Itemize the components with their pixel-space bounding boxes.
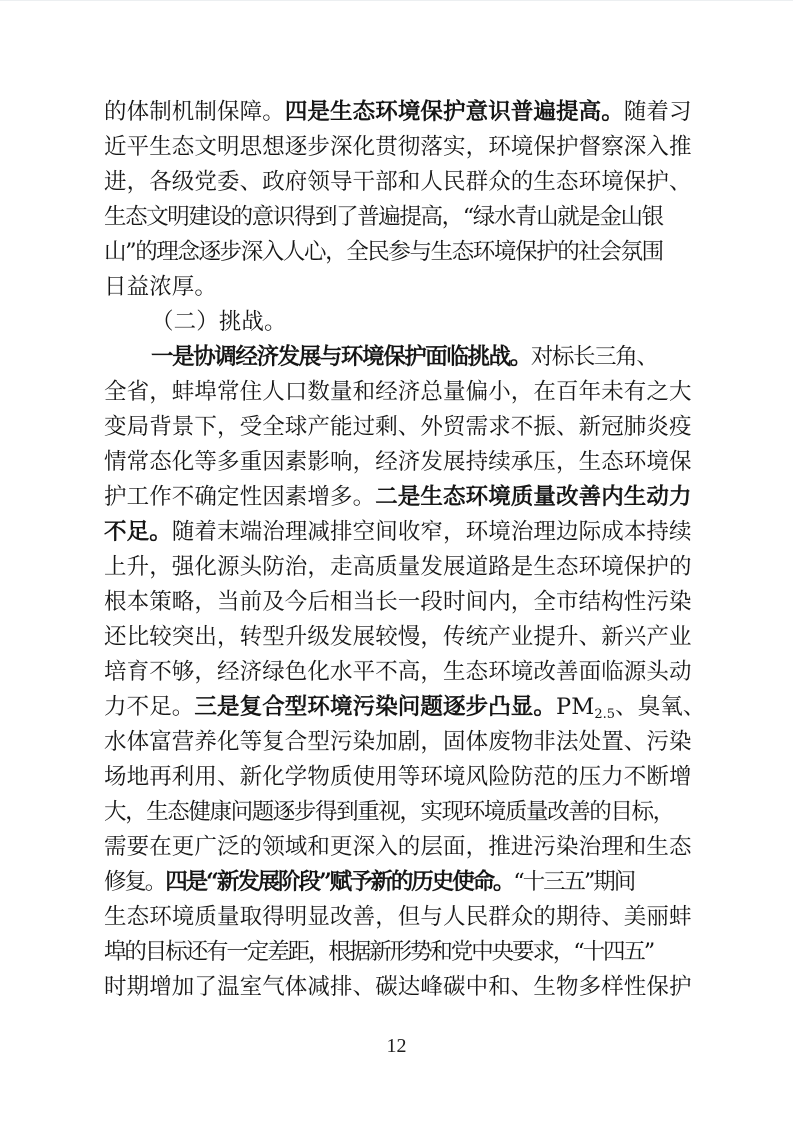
body-text: 上升，强化源头防治，走高质量发展道路是生态环境保护的 (104, 554, 692, 580)
body-text: 护工作不确定性因素增多。 (104, 484, 375, 510)
document-page: 的体制机制保障。四是生态环境保护意识普遍提高。随着习近平生态文明思想逐步深化贯彻… (0, 0, 793, 1123)
body-text: 生态文明建设的意识得到了普遍提高，“绿水青山就是金山银 (104, 204, 663, 230)
text-line: 根本策略，当前及今后相当长一段时间内，全市结构性污染 (104, 585, 692, 620)
body-text: 时期增加了温室气体减排、碳达峰碳中和、生物多样性保护 (104, 974, 692, 1000)
text-line: 场地再利用、新化学物质使用等环境风险防范的压力不断增 (104, 760, 692, 795)
body-text: 根本策略，当前及今后相当长一段时间内，全市结构性污染 (104, 589, 692, 615)
body-text: PM (556, 694, 594, 720)
body-text: 需要在更广泛的领域和更深入的层面，推进污染治理和生态 (104, 834, 692, 860)
text-line: 上升，强化源头防治，走高质量发展道路是生态环境保护的 (104, 550, 692, 585)
body-text: 进，各级党委、政府领导干部和人民群众的生态环境保护、 (104, 169, 692, 195)
bold-emphasis-text: 一是协调经济发展与环境保护面临挑战。 (151, 344, 531, 370)
bold-emphasis-text: 二是生态环境质量改善内生动力 (375, 484, 691, 510)
text-line: 埠的目标还有一定差距，根据新形势和党中央要求，“十四五” (104, 935, 692, 970)
body-text: 全省，蚌埠常住人口数量和经济总量偏小，在百年未有之大 (104, 379, 692, 405)
text-line: 近平生态文明思想逐步深化贯彻落实，环境保护督察深入推 (104, 130, 692, 165)
body-text: 日益浓厚。 (104, 274, 217, 300)
text-line: 需要在更广泛的领域和更深入的层面，推进污染治理和生态 (104, 830, 692, 865)
subscript-text: 2.5 (594, 707, 615, 722)
body-text: 水体富营养化等复合型污染加剧，固体废物非法处置、污染 (104, 729, 692, 755)
body-text: 场地再利用、新化学物质使用等环境风险防范的压力不断增 (104, 764, 692, 790)
text-line: 水体富营养化等复合型污染加剧，固体废物非法处置、污染 (104, 725, 692, 760)
bold-emphasis-text: 四是生态环境保护意识普遍提高。 (285, 99, 624, 125)
text-line: 修复。四是“新发展阶段”赋予新的历史使命。“十三五”期间 (104, 865, 692, 900)
body-text: 近平生态文明思想逐步深化贯彻落实，环境保护督察深入推 (104, 134, 692, 160)
text-line: 还比较突出，转型升级发展较慢，传统产业提升、新兴产业 (104, 620, 692, 655)
text-line: 生态文明建设的意识得到了普遍提高，“绿水青山就是金山银 (104, 200, 692, 235)
body-text: 、臭氧、 (615, 694, 705, 720)
body-text: 随着末端治理减排空间收窄，环境治理边际成本持续 (172, 519, 692, 545)
page-number: 12 (0, 1035, 793, 1058)
body-text: 埠的目标还有一定差距，根据新形势和党中央要求，“十四五” (104, 939, 653, 965)
text-line: 力不足。三是复合型环境污染问题逐步凸显。PM2.5、臭氧、 (104, 690, 692, 725)
body-text: 山”的理念逐步深入人心，全民参与生态环境保护的社会氛围 (104, 239, 663, 265)
text-line: 的体制机制保障。四是生态环境保护意识普遍提高。随着习 (104, 95, 692, 130)
document-body: 的体制机制保障。四是生态环境保护意识普遍提高。随着习近平生态文明思想逐步深化贯彻… (104, 95, 692, 1005)
body-text: 对标长三角、 (531, 344, 658, 370)
body-text: 情常态化等多重因素影响，经济发展持续承压，生态环境保 (104, 449, 692, 475)
text-line: 变局背景下，受全球产能过剩、外贸需求不振、新冠肺炎疫 (104, 410, 692, 445)
body-text: 修复。 (104, 869, 165, 895)
text-line: 日益浓厚。 (104, 270, 692, 305)
text-line: 培育不够，经济绿色化水平不高，生态环境改善面临源头动 (104, 655, 692, 690)
body-text: 生态环境质量取得明显改善，但与人民群众的期待、美丽蚌 (104, 904, 692, 930)
body-text: 的体制机制保障。 (104, 99, 285, 125)
text-line: 全省，蚌埠常住人口数量和经济总量偏小，在百年未有之大 (104, 375, 692, 410)
body-text: 大，生态健康问题逐步得到重视，实现环境质量改善的目标， (104, 799, 674, 825)
body-text: 还比较突出，转型升级发展较慢，传统产业提升、新兴产业 (104, 624, 692, 650)
text-line: 护工作不确定性因素增多。二是生态环境质量改善内生动力 (104, 480, 692, 515)
text-line: 情常态化等多重因素影响，经济发展持续承压，生态环境保 (104, 445, 692, 480)
text-line: 不足。随着末端治理减排空间收窄，环境治理边际成本持续 (104, 515, 692, 550)
text-line: 生态环境质量取得明显改善，但与人民群众的期待、美丽蚌 (104, 900, 692, 935)
bold-emphasis-text: 不足。 (104, 519, 172, 545)
text-line: 大，生态健康问题逐步得到重视，实现环境质量改善的目标， (104, 795, 692, 830)
body-text: “十三五”期间 (513, 869, 634, 895)
bold-emphasis-text: 四是“新发展阶段”赋予新的历史使命。 (165, 869, 513, 895)
text-line: 一是协调经济发展与环境保护面临挑战。对标长三角、 (104, 340, 692, 375)
bold-emphasis-text: 三是复合型环境污染问题逐步凸显。 (194, 694, 556, 720)
body-text: （二）挑战。 (151, 309, 287, 335)
text-line: （二）挑战。 (104, 305, 692, 340)
body-text: 变局背景下，受全球产能过剩、外贸需求不振、新冠肺炎疫 (104, 414, 692, 440)
body-text: 随着习 (624, 99, 692, 125)
text-line: 山”的理念逐步深入人心，全民参与生态环境保护的社会氛围 (104, 235, 692, 270)
text-line: 进，各级党委、政府领导干部和人民群众的生态环境保护、 (104, 165, 692, 200)
body-text: 培育不够，经济绿色化水平不高，生态环境改善面临源头动 (104, 659, 692, 685)
text-line: 时期增加了温室气体减排、碳达峰碳中和、生物多样性保护 (104, 970, 692, 1005)
body-text: 力不足。 (104, 694, 194, 720)
